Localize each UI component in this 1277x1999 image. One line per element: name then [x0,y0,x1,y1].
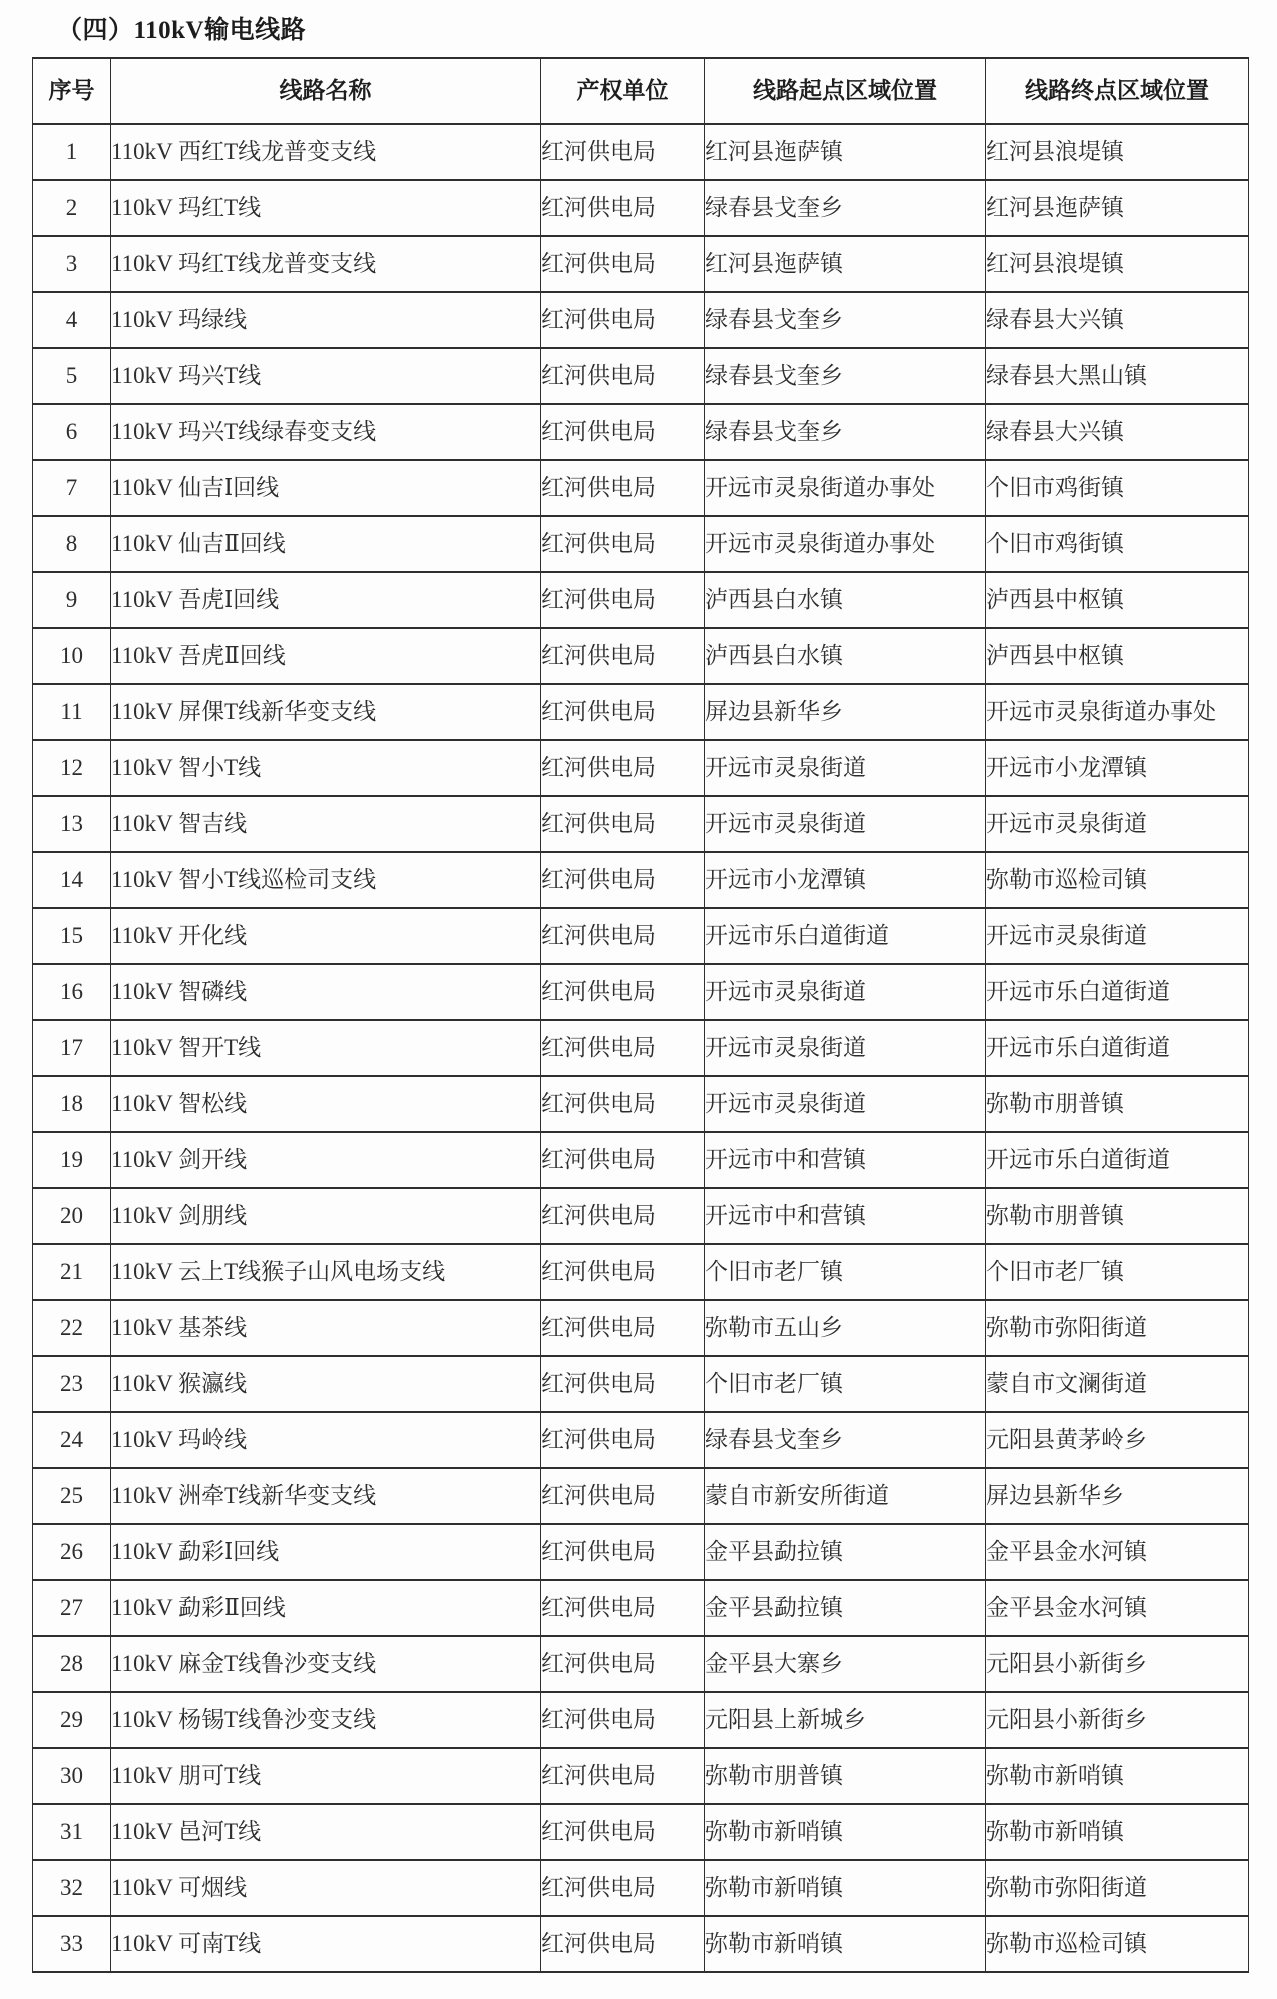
cell: 开远市小龙潭镇 [986,740,1249,796]
cell: 8 [33,516,111,572]
cell: 110kV 杨锡T线鲁沙变支线 [111,1692,541,1748]
cell: 红河供电局 [541,908,705,964]
cell: 110kV 玛绿线 [111,292,541,348]
table-row: 27110kV 勐彩Ⅱ回线红河供电局金平县勐拉镇金平县金水河镇 [33,1580,1249,1636]
cell: 红河供电局 [541,1468,705,1524]
cell: 元阳县小新街乡 [986,1692,1249,1748]
cell: 110kV 智吉线 [111,796,541,852]
cell: 绿春县戈奎乡 [705,180,986,236]
cell: 21 [33,1244,111,1300]
table-row: 5110kV 玛兴T线红河供电局绿春县戈奎乡绿春县大黑山镇 [33,348,1249,404]
cell: 110kV 洲牵T线新华变支线 [111,1468,541,1524]
cell: 红河县迤萨镇 [986,180,1249,236]
cell: 开远市乐白道街道 [705,908,986,964]
cell: 110kV 开化线 [111,908,541,964]
cell: 110kV 玛红T线 [111,180,541,236]
table-row: 26110kV 勐彩Ⅰ回线红河供电局金平县勐拉镇金平县金水河镇 [33,1524,1249,1580]
column-header: 线路名称 [111,58,541,124]
cell: 个旧市老厂镇 [705,1244,986,1300]
cell: 110kV 玛兴T线绿春变支线 [111,404,541,460]
table-row: 4110kV 玛绿线红河供电局绿春县戈奎乡绿春县大兴镇 [33,292,1249,348]
cell: 红河供电局 [541,236,705,292]
cell: 28 [33,1636,111,1692]
cell: 开远市乐白道街道 [986,964,1249,1020]
cell: 3 [33,236,111,292]
cell: 蒙自市新安所街道 [705,1468,986,1524]
transmission-lines-table: 序号线路名称产权单位线路起点区域位置线路终点区域位置 1110kV 西红T线龙普… [32,57,1249,1973]
cell: 红河供电局 [541,124,705,180]
cell: 红河供电局 [541,180,705,236]
cell: 绿春县戈奎乡 [705,292,986,348]
cell: 12 [33,740,111,796]
table-row: 3110kV 玛红T线龙普变支线红河供电局红河县迤萨镇红河县浪堤镇 [33,236,1249,292]
cell: 弥勒市巡检司镇 [986,852,1249,908]
cell: 红河供电局 [541,1804,705,1860]
cell: 红河供电局 [541,348,705,404]
cell: 26 [33,1524,111,1580]
cell: 110kV 仙吉Ⅰ回线 [111,460,541,516]
column-header: 线路终点区域位置 [986,58,1249,124]
cell: 4 [33,292,111,348]
cell: 15 [33,908,111,964]
cell: 开远市灵泉街道 [705,964,986,1020]
cell: 弥勒市朋普镇 [986,1076,1249,1132]
table-row: 30110kV 朋可T线红河供电局弥勒市朋普镇弥勒市新哨镇 [33,1748,1249,1804]
cell: 红河县迤萨镇 [705,236,986,292]
cell: 110kV 智磷线 [111,964,541,1020]
cell: 7 [33,460,111,516]
table-row: 11110kV 屏倮T线新华变支线红河供电局屏边县新华乡开远市灵泉街道办事处 [33,684,1249,740]
cell: 17 [33,1020,111,1076]
cell: 开远市中和营镇 [705,1188,986,1244]
table-row: 21110kV 云上T线猴子山风电场支线红河供电局个旧市老厂镇个旧市老厂镇 [33,1244,1249,1300]
cell: 红河供电局 [541,572,705,628]
cell: 开远市灵泉街道 [705,740,986,796]
cell: 110kV 猴瀛线 [111,1356,541,1412]
cell: 弥勒市弥阳街道 [986,1300,1249,1356]
cell: 红河供电局 [541,1076,705,1132]
cell: 27 [33,1580,111,1636]
cell: 开远市中和营镇 [705,1132,986,1188]
column-header: 线路起点区域位置 [705,58,986,124]
cell: 元阳县小新街乡 [986,1636,1249,1692]
table-row: 6110kV 玛兴T线绿春变支线红河供电局绿春县戈奎乡绿春县大兴镇 [33,404,1249,460]
cell: 110kV 云上T线猴子山风电场支线 [111,1244,541,1300]
cell: 5 [33,348,111,404]
cell: 红河供电局 [541,740,705,796]
cell: 25 [33,1468,111,1524]
cell: 110kV 智松线 [111,1076,541,1132]
cell: 29 [33,1692,111,1748]
cell: 110kV 智小T线 [111,740,541,796]
cell: 22 [33,1300,111,1356]
cell: 13 [33,796,111,852]
cell: 金平县勐拉镇 [705,1524,986,1580]
cell: 红河供电局 [541,684,705,740]
table-row: 7110kV 仙吉Ⅰ回线红河供电局开远市灵泉街道办事处个旧市鸡街镇 [33,460,1249,516]
cell: 红河供电局 [541,1524,705,1580]
cell: 23 [33,1356,111,1412]
cell: 2 [33,180,111,236]
table-row: 28110kV 麻金T线鲁沙变支线红河供电局金平县大寨乡元阳县小新街乡 [33,1636,1249,1692]
cell: 红河县迤萨镇 [705,124,986,180]
table-row: 15110kV 开化线红河供电局开远市乐白道街道开远市灵泉街道 [33,908,1249,964]
table-row: 17110kV 智开T线红河供电局开远市灵泉街道开远市乐白道街道 [33,1020,1249,1076]
cell: 弥勒市新哨镇 [986,1804,1249,1860]
table-row: 32110kV 可烟线红河供电局弥勒市新哨镇弥勒市弥阳街道 [33,1860,1249,1916]
cell: 红河供电局 [541,852,705,908]
cell: 元阳县上新城乡 [705,1692,986,1748]
cell: 个旧市鸡街镇 [986,516,1249,572]
table-row: 20110kV 剑朋线红河供电局开远市中和营镇弥勒市朋普镇 [33,1188,1249,1244]
cell: 110kV 仙吉Ⅱ回线 [111,516,541,572]
cell: 红河供电局 [541,1412,705,1468]
cell: 弥勒市新哨镇 [705,1804,986,1860]
cell: 110kV 勐彩Ⅰ回线 [111,1524,541,1580]
cell: 开远市灵泉街道办事处 [705,460,986,516]
cell: 32 [33,1860,111,1916]
cell: 弥勒市朋普镇 [986,1188,1249,1244]
cell: 20 [33,1188,111,1244]
cell: 110kV 智开T线 [111,1020,541,1076]
cell: 开远市灵泉街道办事处 [986,684,1249,740]
cell: 绿春县戈奎乡 [705,348,986,404]
cell: 开远市灵泉街道 [986,796,1249,852]
cell: 红河供电局 [541,1132,705,1188]
table-row: 14110kV 智小T线巡检司支线红河供电局开远市小龙潭镇弥勒市巡检司镇 [33,852,1249,908]
cell: 屏边县新华乡 [986,1468,1249,1524]
cell: 24 [33,1412,111,1468]
cell: 个旧市鸡街镇 [986,460,1249,516]
cell: 弥勒市巡检司镇 [986,1916,1249,1972]
cell: 开远市乐白道街道 [986,1020,1249,1076]
table-row: 18110kV 智松线红河供电局开远市灵泉街道弥勒市朋普镇 [33,1076,1249,1132]
cell: 红河供电局 [541,1580,705,1636]
cell: 红河供电局 [541,292,705,348]
table-row: 10110kV 吾虎Ⅱ回线红河供电局泸西县白水镇泸西县中枢镇 [33,628,1249,684]
cell: 弥勒市新哨镇 [986,1748,1249,1804]
cell: 个旧市老厂镇 [705,1356,986,1412]
cell: 绿春县大黑山镇 [986,348,1249,404]
cell: 蒙自市文澜街道 [986,1356,1249,1412]
cell: 弥勒市朋普镇 [705,1748,986,1804]
cell: 红河供电局 [541,1244,705,1300]
cell: 红河供电局 [541,404,705,460]
cell: 泸西县中枢镇 [986,572,1249,628]
cell: 泸西县中枢镇 [986,628,1249,684]
cell: 33 [33,1916,111,1972]
cell: 泸西县白水镇 [705,572,986,628]
cell: 110kV 屏倮T线新华变支线 [111,684,541,740]
table-row: 1110kV 西红T线龙普变支线红河供电局红河县迤萨镇红河县浪堤镇 [33,124,1249,180]
cell: 红河供电局 [541,964,705,1020]
table-row: 31110kV 邑河T线红河供电局弥勒市新哨镇弥勒市新哨镇 [33,1804,1249,1860]
cell: 弥勒市新哨镇 [705,1860,986,1916]
cell: 绿春县大兴镇 [986,292,1249,348]
cell: 110kV 可烟线 [111,1860,541,1916]
cell: 绿春县大兴镇 [986,404,1249,460]
cell: 金平县金水河镇 [986,1524,1249,1580]
cell: 红河供电局 [541,1188,705,1244]
cell: 绿春县戈奎乡 [705,404,986,460]
cell: 泸西县白水镇 [705,628,986,684]
cell: 1 [33,124,111,180]
cell: 16 [33,964,111,1020]
table-row: 8110kV 仙吉Ⅱ回线红河供电局开远市灵泉街道办事处个旧市鸡街镇 [33,516,1249,572]
cell: 开远市灵泉街道 [705,796,986,852]
table-row: 12110kV 智小T线红河供电局开远市灵泉街道开远市小龙潭镇 [33,740,1249,796]
cell: 弥勒市五山乡 [705,1300,986,1356]
cell: 弥勒市新哨镇 [705,1916,986,1972]
cell: 110kV 玛岭线 [111,1412,541,1468]
cell: 红河供电局 [541,1300,705,1356]
table-row: 9110kV 吾虎Ⅰ回线红河供电局泸西县白水镇泸西县中枢镇 [33,572,1249,628]
column-header: 产权单位 [541,58,705,124]
cell: 红河供电局 [541,1636,705,1692]
table-row: 25110kV 洲牵T线新华变支线红河供电局蒙自市新安所街道屏边县新华乡 [33,1468,1249,1524]
cell: 110kV 玛红T线龙普变支线 [111,236,541,292]
cell: 红河供电局 [541,516,705,572]
cell: 110kV 基茶线 [111,1300,541,1356]
cell: 红河供电局 [541,1916,705,1972]
table-row: 2110kV 玛红T线红河供电局绿春县戈奎乡红河县迤萨镇 [33,180,1249,236]
cell: 绿春县戈奎乡 [705,1412,986,1468]
cell: 红河供电局 [541,1692,705,1748]
cell: 金平县金水河镇 [986,1580,1249,1636]
cell: 19 [33,1132,111,1188]
cell: 110kV 可南T线 [111,1916,541,1972]
cell: 红河县浪堤镇 [986,236,1249,292]
cell: 110kV 朋可T线 [111,1748,541,1804]
table-header-row: 序号线路名称产权单位线路起点区域位置线路终点区域位置 [33,58,1249,124]
cell: 9 [33,572,111,628]
cell: 14 [33,852,111,908]
cell: 110kV 邑河T线 [111,1804,541,1860]
table-row: 22110kV 基茶线红河供电局弥勒市五山乡弥勒市弥阳街道 [33,1300,1249,1356]
cell: 红河供电局 [541,628,705,684]
cell: 红河供电局 [541,796,705,852]
table-row: 16110kV 智磷线红河供电局开远市灵泉街道开远市乐白道街道 [33,964,1249,1020]
cell: 110kV 剑朋线 [111,1188,541,1244]
cell: 6 [33,404,111,460]
column-header: 序号 [33,58,111,124]
cell: 110kV 剑开线 [111,1132,541,1188]
cell: 18 [33,1076,111,1132]
table-row: 29110kV 杨锡T线鲁沙变支线红河供电局元阳县上新城乡元阳县小新街乡 [33,1692,1249,1748]
cell: 开远市灵泉街道 [986,908,1249,964]
table-row: 19110kV 剑开线红河供电局开远市中和营镇开远市乐白道街道 [33,1132,1249,1188]
cell: 金平县大寨乡 [705,1636,986,1692]
cell: 110kV 吾虎Ⅰ回线 [111,572,541,628]
cell: 开远市小龙潭镇 [705,852,986,908]
cell: 弥勒市弥阳街道 [986,1860,1249,1916]
cell: 110kV 智小T线巡检司支线 [111,852,541,908]
cell: 金平县勐拉镇 [705,1580,986,1636]
table-row: 24110kV 玛岭线红河供电局绿春县戈奎乡元阳县黄茅岭乡 [33,1412,1249,1468]
document-page: （四）110kV输电线路 序号线路名称产权单位线路起点区域位置线路终点区域位置 … [0,0,1277,1999]
cell: 红河供电局 [541,460,705,516]
cell: 10 [33,628,111,684]
section-title: （四）110kV输电线路 [57,10,306,46]
cell: 110kV 玛兴T线 [111,348,541,404]
cell: 开远市灵泉街道 [705,1020,986,1076]
cell: 110kV 勐彩Ⅱ回线 [111,1580,541,1636]
cell: 110kV 麻金T线鲁沙变支线 [111,1636,541,1692]
cell: 元阳县黄茅岭乡 [986,1412,1249,1468]
cell: 11 [33,684,111,740]
table-row: 13110kV 智吉线红河供电局开远市灵泉街道开远市灵泉街道 [33,796,1249,852]
table-row: 33110kV 可南T线红河供电局弥勒市新哨镇弥勒市巡检司镇 [33,1916,1249,1972]
cell: 31 [33,1804,111,1860]
cell: 红河供电局 [541,1356,705,1412]
cell: 红河供电局 [541,1748,705,1804]
cell: 红河供电局 [541,1020,705,1076]
cell: 屏边县新华乡 [705,684,986,740]
cell: 开远市灵泉街道 [705,1076,986,1132]
cell: 110kV 吾虎Ⅱ回线 [111,628,541,684]
cell: 110kV 西红T线龙普变支线 [111,124,541,180]
cell: 个旧市老厂镇 [986,1244,1249,1300]
cell: 开远市灵泉街道办事处 [705,516,986,572]
cell: 红河县浪堤镇 [986,124,1249,180]
cell: 30 [33,1748,111,1804]
table-row: 23110kV 猴瀛线红河供电局个旧市老厂镇蒙自市文澜街道 [33,1356,1249,1412]
cell: 开远市乐白道街道 [986,1132,1249,1188]
cell: 红河供电局 [541,1860,705,1916]
